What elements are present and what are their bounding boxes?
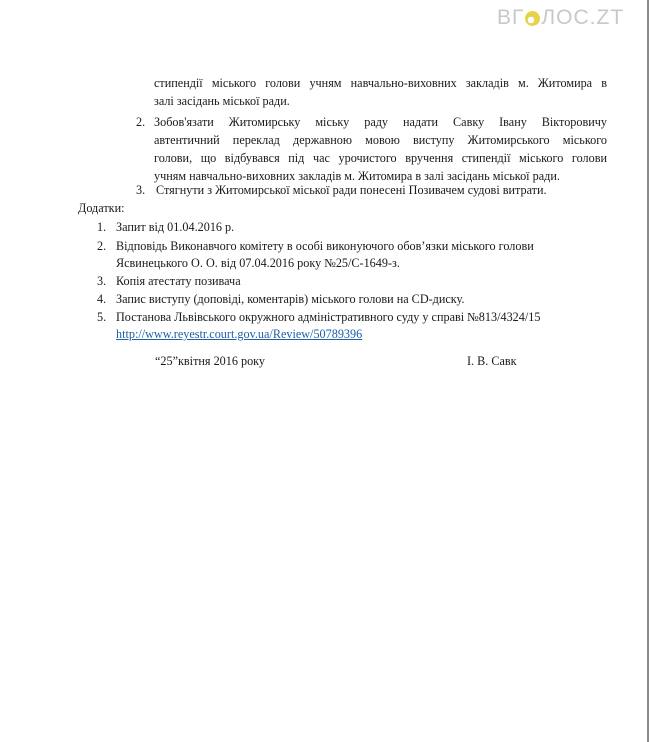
claim-2-number: 2. [136, 113, 145, 131]
attachments-heading: Додатки: [78, 199, 125, 217]
court-decision-link[interactable]: http://www.reyestr.court.gov.ua/Review/5… [116, 325, 362, 343]
attachment-3-number: 3. [97, 272, 106, 290]
claim-3-number: 3. [136, 181, 145, 199]
attachment-1-number: 1. [97, 218, 106, 236]
signal-logo-icon [525, 11, 540, 26]
claim-2-line: автентичний переклад державною мовою вис… [154, 131, 607, 149]
signature-date: “25”квітня 2016 року [155, 352, 265, 370]
claim-2-line: Зобов'язати Житомирську міську раду нада… [154, 113, 607, 131]
attachment-1-text: Запит від 01.04.2016 р. [116, 218, 234, 236]
attachment-2-number: 2. [97, 237, 106, 255]
attachment-2-text: Відповідь Виконавчого комітету в особі в… [116, 237, 534, 255]
signature-name: І. В. Савк [467, 352, 517, 370]
claim-3-line: Стягнути з Житомирської міської ради пон… [156, 181, 547, 199]
attachment-5-text: Постанова Львівського окружного адмініст… [116, 308, 540, 326]
watermark-text-right: ЛОС.ZT [541, 6, 624, 30]
attachment-5-number: 5. [97, 308, 106, 326]
attachment-2-text: Ясвинецького О. О. від 07.04.2016 року №… [116, 254, 400, 272]
watermark-text-left: ВГ [497, 6, 524, 30]
claim-1-line: залі засідань міської ради. [154, 92, 290, 110]
attachment-3-text: Копія атестату позивача [116, 272, 241, 290]
attachment-4-number: 4. [97, 290, 106, 308]
claim-1-line: стипендії міського голови учням навчальн… [154, 74, 607, 92]
attachment-4-text: Запис виступу (доповіді, коментарів) міс… [116, 290, 464, 308]
site-watermark: ВГ ЛОС.ZT [497, 6, 624, 30]
claim-2-line: голови, що відбувався під час урочистого… [154, 149, 607, 167]
